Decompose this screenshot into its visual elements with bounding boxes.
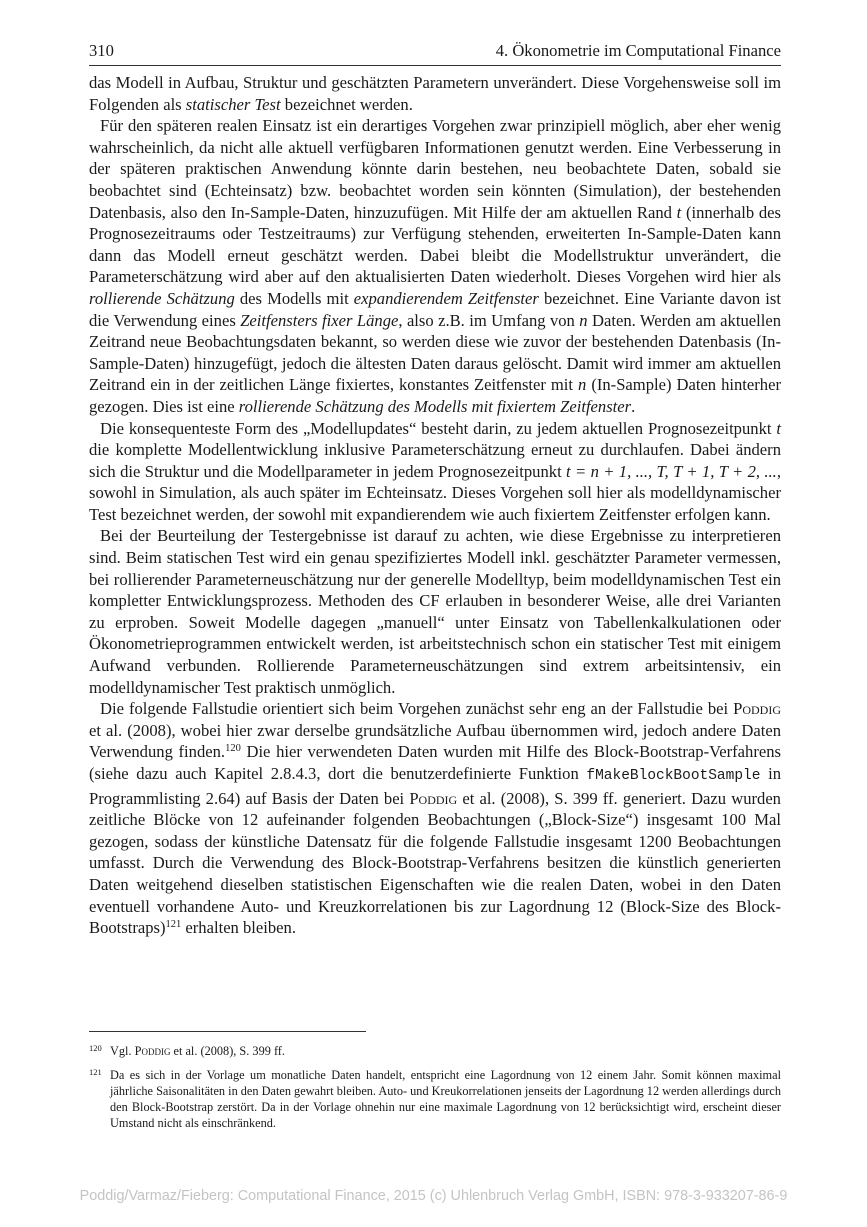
- text-run: erhalten bleiben.: [181, 918, 296, 937]
- term-expanding-window: expandierendem Zeitfenster: [354, 289, 539, 308]
- text-run: et al. (2008), S. 399 ff. generiert. Daz…: [89, 789, 781, 938]
- text-run: Die konsequenteste Form des „Modellupdat…: [100, 419, 776, 438]
- body-text: das Modell in Aufbau, Struktur und gesch…: [89, 72, 781, 939]
- page-number: 310: [89, 40, 114, 62]
- text-run: Die folgende Fallstudie orientiert sich …: [100, 699, 733, 718]
- footnote-number-label: 120: [89, 1043, 102, 1053]
- term-static-test: statischer Test: [186, 95, 281, 114]
- math-formula: t = n + 1, ..., T, T + 1, T + 2, ...: [566, 462, 777, 481]
- paragraph-2: Für den späteren realen Einsatz ist ein …: [89, 115, 781, 417]
- paragraph-5: Die folgende Fallstudie orientiert sich …: [89, 698, 781, 939]
- chapter-title: 4. Ökonometrie im Computational Finance: [496, 40, 781, 62]
- term-rolling-estimation: rollierende Schätzung: [89, 289, 235, 308]
- footnote-number-label: 121: [89, 1067, 102, 1077]
- text-run: , also z.B. im Umfang von: [398, 311, 579, 330]
- paragraph-3: Die konsequenteste Form des „Modellupdat…: [89, 418, 781, 526]
- term-rolling-fixed-window: rollierende Schätzung des Modells mit fi…: [239, 397, 631, 416]
- footnote-text: Vgl. Poddig et al. (2008), S. 399 ff.: [110, 1043, 781, 1059]
- page: 310 4. Ökonometrie im Computational Fina…: [89, 40, 781, 939]
- footnote-divider: [89, 1031, 366, 1032]
- author-name: Poddig: [409, 789, 457, 808]
- text-run: bezeichnet werden.: [281, 95, 413, 114]
- footnote-number: 120: [89, 1043, 110, 1059]
- copyright-watermark: Poddig/Varmaz/Fieberg: Computational Fin…: [0, 1188, 867, 1204]
- author-name: Poddig: [135, 1044, 171, 1058]
- footnote-ref[interactable]: 120: [225, 743, 241, 754]
- text-run: Bei der Beurteilung der Testergebnisse i…: [89, 526, 781, 696]
- math-var: n: [579, 311, 587, 330]
- text-run: et al. (2008), S. 399 ff.: [170, 1044, 285, 1058]
- author-name: Poddig: [733, 699, 781, 718]
- footnote-121: 121 Da es sich in der Vorlage um monatli…: [89, 1067, 781, 1131]
- math-var: t: [776, 419, 781, 438]
- text-run: .: [631, 397, 635, 416]
- footnote-ref[interactable]: 121: [166, 919, 182, 930]
- term-fixed-window: Zeitfensters fixer Länge: [240, 311, 398, 330]
- code-function-name: fMakeBlockBootSample: [586, 768, 760, 784]
- footnote-text: Da es sich in der Vorlage um monatliche …: [110, 1067, 781, 1131]
- footnote-120: 120 Vgl. Poddig et al. (2008), S. 399 ff…: [89, 1043, 781, 1059]
- paragraph-1: das Modell in Aufbau, Struktur und gesch…: [89, 72, 781, 115]
- running-header: 310 4. Ökonometrie im Computational Fina…: [89, 40, 781, 66]
- paragraph-4: Bei der Beurteilung der Testergebnisse i…: [89, 525, 781, 698]
- footnote-number: 121: [89, 1067, 110, 1131]
- footnotes: 120 Vgl. Poddig et al. (2008), S. 399 ff…: [89, 1043, 781, 1139]
- text-run: des Modells mit: [235, 289, 354, 308]
- text-run: Vgl.: [110, 1044, 135, 1058]
